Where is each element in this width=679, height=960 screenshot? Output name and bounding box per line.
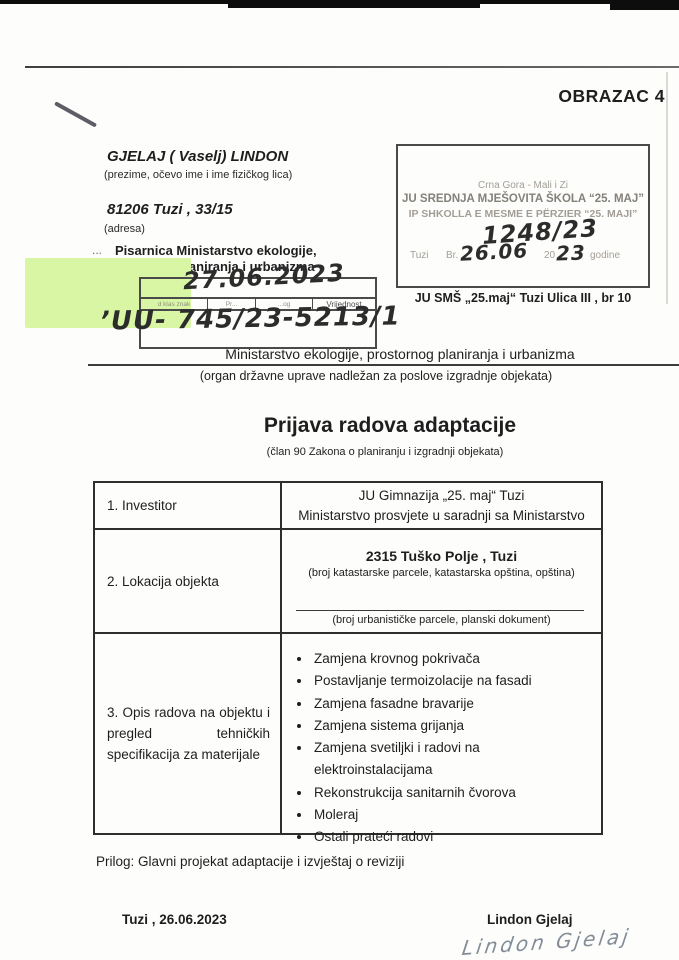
receipt-number-handwritten: ʼUU- 745/23-5213/1 xyxy=(100,301,401,336)
stamp-year-prefix: 20 xyxy=(544,250,555,261)
pen-mark-diagonal xyxy=(54,101,97,127)
signatory-name: Lindon Gjelaj xyxy=(487,912,573,927)
place-and-date: Tuzi , 26.06.2023 xyxy=(122,912,227,927)
stamp-date-day-handwritten: 26.06 xyxy=(459,238,528,266)
document-title-caption: (član 90 Zakona o planiranju i izgradnji… xyxy=(105,446,665,458)
works-label: 3. Opis radova na objektu i pregled tehn… xyxy=(95,634,282,833)
work-item: Zamjena svetiljki i radovi na elektroins… xyxy=(312,737,601,782)
table-row-works: 3. Opis radova na objektu i pregled tehn… xyxy=(95,634,601,833)
table-row-location: 2. Lokacija objekta 2315 Tuško Polje , T… xyxy=(95,530,601,634)
school-address-line: JU SMŠ „25.maj“ Tuzi Ulica III , br 10 xyxy=(408,291,638,305)
works-list-cell: Zamjena krovnog pokrivača Postavljanje t… xyxy=(282,634,601,833)
recipient-dots: ... xyxy=(92,243,102,257)
applicant-address: 81206 Tuzi , 33/15 xyxy=(107,201,233,218)
work-item: Postavljanje termoizolacije na fasadi xyxy=(312,670,601,692)
applicant-address-caption: (adresa) xyxy=(104,223,145,235)
work-item: Zamjena sistema grijanja xyxy=(312,715,601,737)
scan-fold-line xyxy=(25,66,679,68)
table-row-investor: 1. Investitor JU Gimnazija „25. maj“ Tuz… xyxy=(95,483,601,530)
stamp-godine-label: godine xyxy=(590,250,620,261)
work-item: Rekonstrukcija sanitarnih čvorova xyxy=(312,782,601,804)
form-number-label: OBRAZAC 4 xyxy=(430,86,665,107)
location-value-cell: 2315 Tuško Polje , Tuzi (broj katastarsk… xyxy=(282,530,601,632)
document-title: Prijava radova adaptacije xyxy=(110,414,670,438)
scan-top-edge-thick xyxy=(228,0,480,8)
application-table: 1. Investitor JU Gimnazija „25. maj“ Tuz… xyxy=(93,481,603,835)
location-caption-1: (broj katastarske parcele, katastarska o… xyxy=(282,567,601,579)
attachment-note: Prilog: Glavni projekat adaptacije i izv… xyxy=(96,854,404,869)
work-item: Ostali prateći radovi xyxy=(312,826,601,848)
work-item: Zamjena fasadne bravarije xyxy=(312,693,601,715)
stamp-school-name-me: JU SREDNJA MJEŠOVITA ŠKOLA “25. MAJ” xyxy=(398,193,648,205)
urban-parcel-line xyxy=(296,610,584,611)
stamp-country-line: Crna Gora - Mali i Zi xyxy=(398,180,648,191)
applicant-name: GJELAJ ( Vaselj) LINDON xyxy=(107,148,288,165)
ministry-underline xyxy=(88,364,679,366)
works-list: Zamjena krovnog pokrivača Postavljanje t… xyxy=(282,648,601,849)
investor-value: JU Gimnazija „25. maj“ Tuzi Ministarstvo… xyxy=(282,483,601,528)
school-stamp-box: Crna Gora - Mali i Zi JU SREDNJA MJEŠOVI… xyxy=(396,144,650,288)
location-value: 2315 Tuško Polje , Tuzi xyxy=(282,548,601,564)
stamp-place: Tuzi xyxy=(410,250,429,261)
work-item: Zamjena krovnog pokrivača xyxy=(312,648,601,670)
scan-top-edge-corner xyxy=(610,0,679,10)
scanned-document: OBRAZAC 4 GJELAJ ( Vaselj) LINDON (prezi… xyxy=(0,0,679,960)
page-edge-line xyxy=(666,72,668,304)
stamp-br-label: Br. xyxy=(446,250,458,261)
stamp-date-year-handwritten: 23 xyxy=(556,240,587,265)
investor-value-line2: Ministarstvo prosvjete u saradnji sa Min… xyxy=(282,506,601,526)
location-label: 2. Lokacija objekta xyxy=(95,530,282,632)
applicant-name-caption: (prezime, očevo ime i ime fizičkog lica) xyxy=(104,169,292,181)
investor-label: 1. Investitor xyxy=(95,483,282,528)
investor-value-line1: JU Gimnazija „25. maj“ Tuzi xyxy=(282,486,601,506)
location-caption-2: (broj urbanističke parcele, planski doku… xyxy=(282,614,601,626)
ministry-name: Ministarstvo ekologije, prostornog plani… xyxy=(120,346,679,362)
work-item: Moleraj xyxy=(312,804,601,826)
ministry-caption: (organ državne uprave nadležan za poslov… xyxy=(96,369,656,383)
signature-handwritten: Lindon Gjelaj xyxy=(460,924,632,960)
